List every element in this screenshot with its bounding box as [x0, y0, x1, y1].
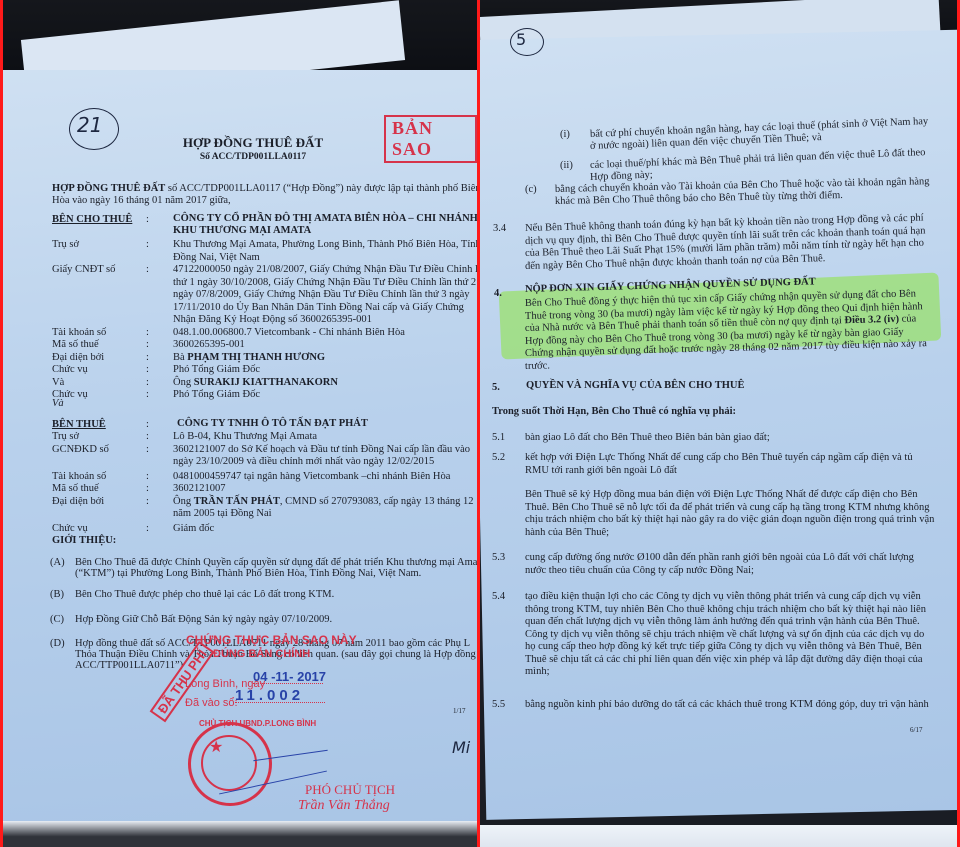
field-label: Chức vụ [52, 522, 88, 535]
recital-text: Bên Cho Thuê được phép cho thuê lại các … [75, 588, 334, 601]
recital-text: (“KTM”) tại Phường Long Bình, Thành Phố … [75, 567, 421, 580]
clause-text: Bên Thuê sẽ ký Hợp đồng mua bán điện với… [525, 488, 917, 501]
desk-edge [3, 821, 477, 847]
recital-mark: (C) [50, 613, 64, 626]
clause-text: tạo điều kiện thuận lợi cho các Công ty … [525, 590, 921, 603]
page-number: 1/17 [453, 705, 465, 718]
contract-number: Số ACC/TDP001LLA0117 [153, 151, 353, 164]
field-value: 47122000050 ngày 21/08/2007, Giấy Chứng … [173, 263, 480, 276]
field-value: Đồng Nai, Việt Nam [173, 251, 260, 264]
left-document-photo: DELL 21 BẢN SAO HỢP ĐỒNG THUÊ ĐẤT Số ACC… [0, 0, 480, 847]
section-5-number: 5. [492, 381, 500, 394]
field-label: Đại diện bởi [52, 351, 104, 364]
certification-stamp-line-1: CHỨNG THỰC BẢN SAO NÀY [186, 634, 357, 647]
lessor-name-2: KHU THƯƠNG MẠI AMATA [173, 224, 311, 237]
handwritten-page-number: 21 [77, 113, 102, 137]
recital-mark: (A) [50, 556, 65, 569]
clause-number: 5.5 [492, 698, 505, 711]
clause-text: quan đến chất lượng dịch vụ viễn thông l… [525, 615, 920, 628]
certification-register-number: 11.002 [235, 689, 325, 703]
field-value: 048.1.00.006800.7 Vietcombank - Chi nhán… [173, 326, 405, 339]
official-seal: ★ [188, 722, 272, 806]
field-value: 3602121007 [173, 482, 226, 495]
section-5-heading: QUYỀN VÀ NGHĨA VỤ CỦA BÊN CHO THUÊ [526, 379, 745, 392]
clause-number: (c) [525, 183, 537, 196]
colon: : [146, 388, 149, 401]
field-label: Và [52, 376, 64, 389]
field-value: Ông TRẦN TẤN PHÁT, CMND số 270793083, cấ… [173, 495, 474, 508]
lessee-name: CÔNG TY TNHH Ô TÔ TẤN ĐẠT PHÁT [177, 417, 368, 430]
colon: : [146, 430, 149, 443]
recital-mark: (D) [50, 637, 65, 650]
recital-text: ACC/TTP001LLA0711”) [75, 659, 183, 672]
clause-number: (i) [560, 128, 570, 141]
desk-edge [480, 825, 957, 847]
field-label: Tài khoản số [52, 470, 106, 483]
field-label: Giấy CNĐT số [52, 263, 115, 276]
certification-date: 04 -11- 2017 [253, 670, 323, 684]
field-value: Khu Thương Mại Amata, Phường Long Bình, … [173, 238, 480, 251]
colon: : [146, 522, 149, 535]
field-label: Trụ sở [52, 238, 79, 251]
right-document-photo: 5 (i)bất cứ phí chuyển khoản ngân hàng, … [480, 0, 960, 847]
field-value: Nhận Đăng Ký Hoạt Động số 3600265395-001 [173, 313, 372, 326]
lessor-heading: BÊN CHO THUÊ [52, 213, 132, 226]
clause-text: họ cung cấp theo hợp đồng ký kết trực ti… [525, 640, 922, 653]
colon: : [146, 238, 149, 251]
clause-text: hành của Bên Thuê; [525, 526, 609, 539]
clause-text: bàn giao Lô đất cho Bên Thuê theo Biên b… [525, 431, 770, 444]
recitals-heading: GIỚI THIỆU: [52, 534, 116, 547]
field-value: 0481000459747 tại ngân hàng Vietcombank … [173, 470, 450, 483]
field-value: 3600265395-001 [173, 338, 245, 351]
field-value: Lô B-04, Khu Thương Mại Amata [173, 430, 317, 443]
copy-stamp: BẢN SAO [384, 115, 477, 163]
clause-text: Thuê. Bên Cho Thuê sẽ nỗ lực tối đa để p… [525, 501, 930, 514]
recital-text: Hợp Đồng Giữ Chỗ Bất Động Sản ký ngày ng… [75, 613, 332, 626]
section-4-line: trước. [525, 359, 550, 373]
field-label: Mã số thuế [52, 338, 99, 351]
certification-register-label: Đã vào sổ: [185, 697, 238, 710]
clause-text: cung cấp đường ống nước Ø100 dẫn đến phầ… [525, 551, 914, 564]
field-label: Mã số thuế [52, 482, 99, 495]
colon: : [146, 213, 149, 226]
field-label: Đại diện bởi [52, 495, 104, 508]
intro-line-2: Hòa vào ngày 16 tháng 01 năm 2017 giữa, [52, 194, 231, 207]
handwritten-page-number: 5 [516, 30, 526, 49]
clause-number: 5.3 [492, 551, 505, 564]
page-number: 6/17 [910, 724, 922, 737]
colon: : [146, 263, 149, 276]
colon: : [146, 443, 149, 456]
colon: : [146, 495, 149, 508]
clause-number: 5.1 [492, 431, 505, 444]
field-value: 17/11/2010 do Ủy Ban Nhân Dân Tỉnh Đồng … [173, 301, 464, 314]
document-title: HỢP ĐỒNG THUÊ ĐẤT [153, 136, 353, 149]
clause-text: RMU tới ranh giới bên ngoài Lô đất [525, 464, 677, 477]
clause-text: kết hợp với Điện Lực Thống Nhất để cung … [525, 451, 913, 464]
clause-text: Thuê sẽ chịu tất cả các chi phí liên qua… [525, 653, 923, 666]
field-value: 3602121007 do Sở Kế hoạch và Đầu tư tỉnh… [173, 443, 470, 456]
field-value: Phó Tổng Giám Đốc [173, 388, 260, 401]
seal-star-icon: ★ [209, 737, 223, 757]
clause-text: thông trong KTM, tuy nhiên Bên Cho thuê … [525, 603, 926, 616]
clause-number: (ii) [560, 159, 573, 172]
signer-name: Trần Văn Thắng [298, 799, 390, 812]
colon: : [146, 376, 149, 389]
initials-signature: Mi [452, 738, 470, 757]
clause-number: 3.4 [493, 222, 506, 235]
field-value: năm 2005 tại Đồng Nai [173, 507, 272, 520]
clause-text: bằng nguồn kinh phí bảo dưỡng do tất cả … [525, 698, 929, 711]
field-value: ngày 23/10/2009 và điều chỉnh mới nhất v… [173, 455, 434, 468]
colon: : [146, 470, 149, 483]
section-4-number: 4. [494, 287, 502, 300]
section-5-lead: Trong suốt Thời Hạn, Bên Cho Thuê có ngh… [492, 405, 736, 418]
and-label: Và [52, 397, 64, 410]
certification-stamp-line-2: ĐÚNG BẢN CHÍNH [213, 648, 310, 661]
field-value: Bà PHẠM THỊ THANH HƯƠNG [173, 351, 325, 364]
colon: : [146, 482, 149, 495]
field-value: Phó Tổng Giám Đốc [173, 363, 260, 376]
clause-number: 5.4 [492, 590, 505, 603]
clause-text: Công ty dịch vụ viễn thông sẽ chịu trách… [525, 628, 924, 641]
colon: : [146, 363, 149, 376]
colon: : [146, 326, 149, 339]
field-value: ngày 07/8/2009, Giấy Chứng Nhận Đầu Tư Đ… [173, 288, 470, 301]
field-label: Trụ sở [52, 430, 79, 443]
signer-title: PHÓ CHỦ TỊCH [305, 783, 395, 796]
colon: : [146, 351, 149, 364]
field-value: Ông SURAKIJ KIATTHANAKORN [173, 376, 338, 389]
field-value: Giám đốc [173, 522, 214, 535]
field-label: GCNĐKD số [52, 443, 109, 456]
colon: : [146, 338, 149, 351]
clause-number: 5.2 [492, 451, 505, 464]
field-label: Chức vụ [52, 363, 88, 376]
clause-text: mình; [525, 665, 550, 678]
field-value: thứ 1 ngày 30/10/2008, Giấy Chứng Nhận Đ… [173, 276, 476, 289]
recital-mark: (B) [50, 588, 64, 601]
field-label: Tài khoản số [52, 326, 106, 339]
clause-text: nước theo tiêu chuẩn của Công ty cấp nướ… [525, 564, 754, 577]
clause-text: chịu trách nhiệm cho bất kỳ thiệt hại nà… [525, 513, 934, 526]
